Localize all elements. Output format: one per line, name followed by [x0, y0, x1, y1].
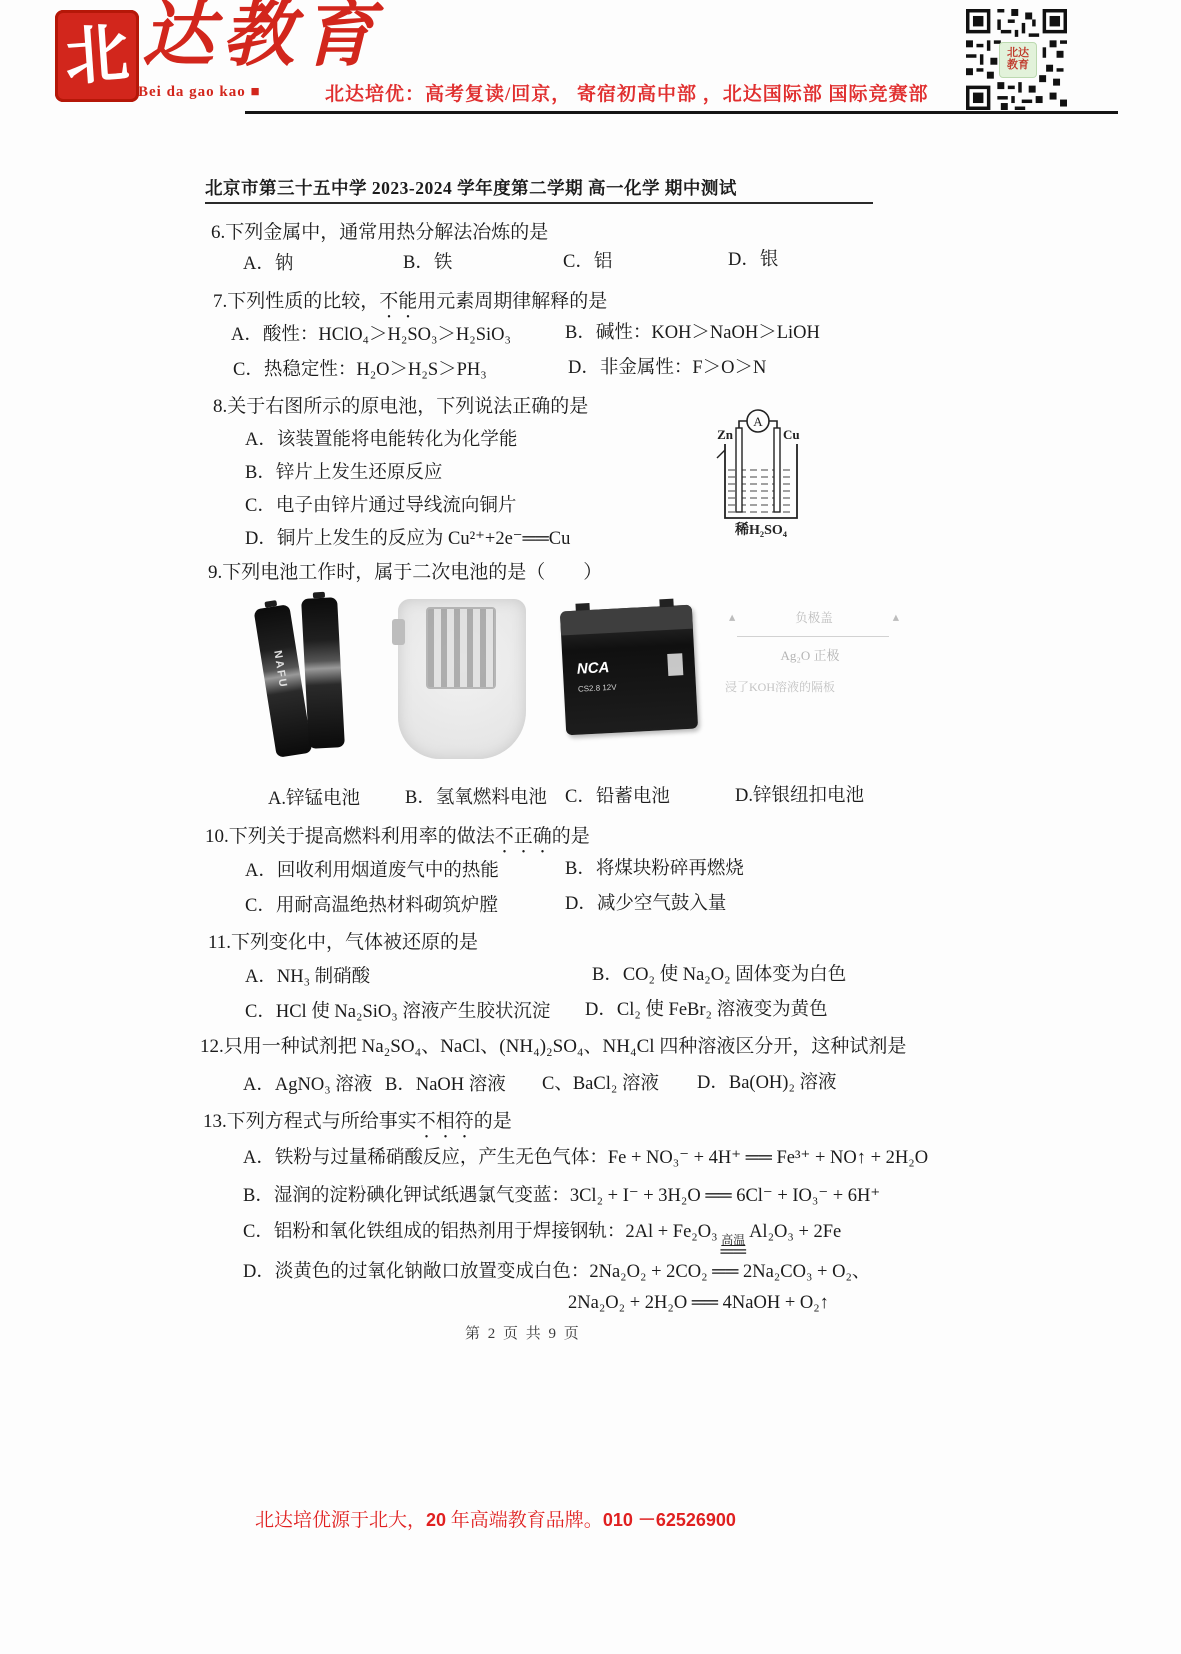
- q6-stem: 6.下列金属中，通常用热分解法冶炼的是: [211, 217, 548, 244]
- battery-diagram-silver-button: ▴ 负极盖 ▴ Ag₂O 正极 浸了KOH溶液的隔板: [725, 608, 910, 720]
- q11-option-a: A．NH₃ 制硝酸: [245, 962, 370, 988]
- button-cell-mark-left: ▴: [729, 609, 735, 625]
- q13-option-d-line2: 2Na₂O₂ + 2H₂O ══ 4NaOH + O₂↑: [568, 1293, 829, 1314]
- q9-caption-d: D.锌银纽扣电池: [735, 781, 864, 807]
- q13-option-d: D．淡黄色的过氧化钠敞口放置变成白色：2Na₂O₂ + 2CO₂ ══ 2Na₂…: [243, 1257, 870, 1283]
- bottom-line-part2: 20: [426, 1510, 446, 1530]
- q13-c-equals: ══: [721, 1246, 747, 1258]
- aa-battery-brand: NAFU: [271, 650, 289, 690]
- lead-battery-model: CS2.8 12V: [578, 683, 617, 694]
- lead-battery-badge: [667, 653, 683, 676]
- q13-stem-pre: 13.下列方程式与所给事实: [203, 1111, 417, 1132]
- q11-option-b: B．CO₂ 使 Na₂O₂ 固体变为白色: [592, 960, 846, 986]
- page-number-footer: 第 2 页 共 9 页: [465, 1322, 581, 1343]
- q10-option-c: C．用耐高温绝热材料砌筑炉膛: [245, 891, 498, 917]
- battery-photo-fuel-cell: [398, 599, 526, 759]
- battery-photo-lead-acid: NCA CS2.8 12V: [560, 605, 698, 736]
- q6-option-c: C．铝: [563, 247, 612, 273]
- q7-option-d: D．非金属性：F＞O＞N: [568, 353, 766, 379]
- q13-stem-emphasis: 不相符: [417, 1111, 474, 1132]
- q13-stem-post: 的是: [474, 1111, 512, 1132]
- q12-option-c: C、BaCl₂ 溶液: [542, 1069, 659, 1095]
- q9-caption-a: A.锌锰电池: [268, 784, 360, 810]
- title-underline: [205, 202, 873, 204]
- q7-option-c: C．热稳定性：H₂O＞H₂S＞PH₃: [233, 355, 487, 381]
- q13-c-condition-equals: 高温══: [721, 1234, 747, 1258]
- q7-stem-emphasis: 不能: [379, 291, 417, 312]
- q12-option-a: A．AgNO₃ 溶液: [243, 1070, 372, 1096]
- q9-stem: 9.下列电池工作时，属于二次电池的是（ ）: [208, 557, 602, 584]
- q8-option-a: A．该装置能将电能转化为化学能: [245, 425, 517, 451]
- q6-option-d: D．银: [728, 245, 778, 271]
- q10-option-d: D．减少空气鼓入量: [565, 889, 726, 915]
- ammeter-icon: A: [753, 414, 763, 429]
- q9-caption-c: C．铅蓄电池: [565, 782, 670, 808]
- q13-option-c: C．铝粉和氧化铁组成的铝热剂用于焊接钢轨：2Al + Fe₂O₃高温══Al₂O…: [243, 1217, 841, 1258]
- brand-seal-char: 北: [63, 22, 131, 90]
- q8-option-b: B．锌片上发生还原反应: [245, 458, 442, 484]
- fuel-cell-tab: [392, 619, 405, 645]
- q7-stem: 7.下列性质的比较，不能用元素周期律解释的是: [213, 286, 607, 323]
- q10-stem: 10.下列关于提高燃料利用率的做法不正确的是: [205, 821, 590, 858]
- q7-option-a: A．酸性：HClO₄＞H₂SO₃＞H₂SiO₃: [231, 320, 511, 346]
- q11-stem: 11.下列变化中，气体被还原的是: [208, 927, 478, 954]
- q7-stem-post: 用元素周期律解释的是: [417, 291, 607, 312]
- bottom-brand-line: 北达培优源于北大，20 年高端教育品牌。010 －62526900: [255, 1505, 736, 1532]
- lead-battery-top: [560, 605, 693, 636]
- bottom-line-part3: 年高端教育品牌。: [446, 1510, 603, 1531]
- q12-option-b: B．NaOH 溶液: [385, 1070, 506, 1096]
- button-cell-mark-right: ▴: [893, 609, 899, 625]
- header-slogan: 北达培优：高考复读/回京， 寄宿初高中部 ，北达国际部 国际竞赛部: [325, 79, 929, 106]
- q10-stem-pre: 10.下列关于提高燃料利用率的做法: [205, 826, 495, 847]
- aa-battery-right: [301, 597, 345, 749]
- bottom-line-phone: 010 －62526900: [603, 1510, 736, 1530]
- q13-stem: 13.下列方程式与所给事实不相符的是: [203, 1106, 512, 1143]
- q8-option-c: C．电子由锌片通过导线流向铜片: [245, 491, 516, 517]
- q6-option-a: A．钠: [243, 249, 293, 275]
- bottom-line-part1: 北达培优源于北大，: [255, 1510, 426, 1531]
- zn-electrode-label: Zn: [717, 427, 734, 442]
- q10-option-b: B．将煤块粉碎再燃烧: [565, 854, 744, 880]
- q8-stem: 8.关于右图所示的原电池，下列说法正确的是: [213, 391, 588, 418]
- q10-option-a: A．回收利用烟道废气中的热能: [245, 856, 499, 882]
- q9-caption-b: B．氢氧燃料电池: [405, 783, 547, 809]
- q8-option-d: D．铜片上发生的反应为 Cu²⁺+2e⁻══Cu: [245, 524, 570, 550]
- q12-option-d: D．Ba(OH)₂ 溶液: [697, 1068, 837, 1094]
- battery-photo-zinc-manganese: NAFU: [263, 596, 358, 764]
- brand-subtitle: Bei da gao kao ■: [138, 84, 261, 101]
- button-cell-cap-label: 负极盖: [795, 608, 833, 626]
- doc-title: 北京市第三十五中学 2023-2024 学年度第二学期 高一化学 期中测试: [205, 175, 737, 200]
- lead-battery-brand: NCA: [576, 659, 609, 678]
- q11-option-d: D．Cl₂ 使 FeBr₂ 溶液变为黄色: [585, 995, 828, 1021]
- q7-stem-pre: 7.下列性质的比较，: [213, 291, 379, 312]
- cu-electrode-label: Cu: [783, 427, 800, 442]
- solution-label: 稀H₂SO₄: [734, 521, 788, 538]
- button-cell-cathode-label: Ag₂O 正极: [725, 645, 895, 664]
- q6-option-b: B．铁: [403, 248, 452, 274]
- q13-c-post: Al₂O₃ + 2Fe: [749, 1222, 841, 1242]
- qr-badge-line2: 教育: [1007, 60, 1029, 72]
- q13-option-b: B．湿润的淀粉碘化钾试纸遇氯气变蓝：3Cl₂ + I⁻ + 3H₂O ══ 6C…: [243, 1181, 880, 1207]
- exam-scan-page: 北 达教育 Bei da gao kao ■ 北达培优：高考复读/回京， 寄宿初…: [0, 0, 1181, 1654]
- galvanic-cell-diagram: A Zn Cu 稀H₂SO₄: [700, 406, 818, 538]
- q13-c-pre: C．铝粉和氧化铁组成的铝热剂用于焊接钢轨：2Al + Fe₂O₃: [243, 1222, 718, 1242]
- q10-stem-emphasis: 不正确: [495, 826, 552, 847]
- button-cell-top-row: ▴ 负极盖 ▴: [729, 608, 899, 626]
- q12-stem: 12.只用一种试剂把 Na₂SO₄、NaCl、(NH₄)₂SO₄、NH₄Cl 四…: [200, 1031, 906, 1058]
- button-cell-separator-label: 浸了KOH溶液的隔板: [725, 678, 910, 695]
- brand-script-logo: 达教育: [142, 0, 382, 75]
- q7-option-b: B．碱性：KOH＞NaOH＞LiOH: [565, 318, 820, 344]
- qr-center-badge: 北达 教育: [999, 42, 1037, 78]
- q13-option-a: A．铁粉与过量稀硝酸反应，产生无色气体：Fe + NO₃⁻ + 4H⁺ ══ F…: [243, 1143, 928, 1169]
- button-cell-divider: [737, 636, 889, 637]
- q11-option-c: C．HCl 使 Na₂SiO₃ 溶液产生胶状沉淀: [245, 997, 550, 1023]
- brand-seal: 北: [55, 10, 139, 102]
- fuel-cell-core: [426, 607, 496, 689]
- qr-code-icon: 北达 教育: [966, 7, 1067, 112]
- q10-stem-post: 的是: [552, 826, 590, 847]
